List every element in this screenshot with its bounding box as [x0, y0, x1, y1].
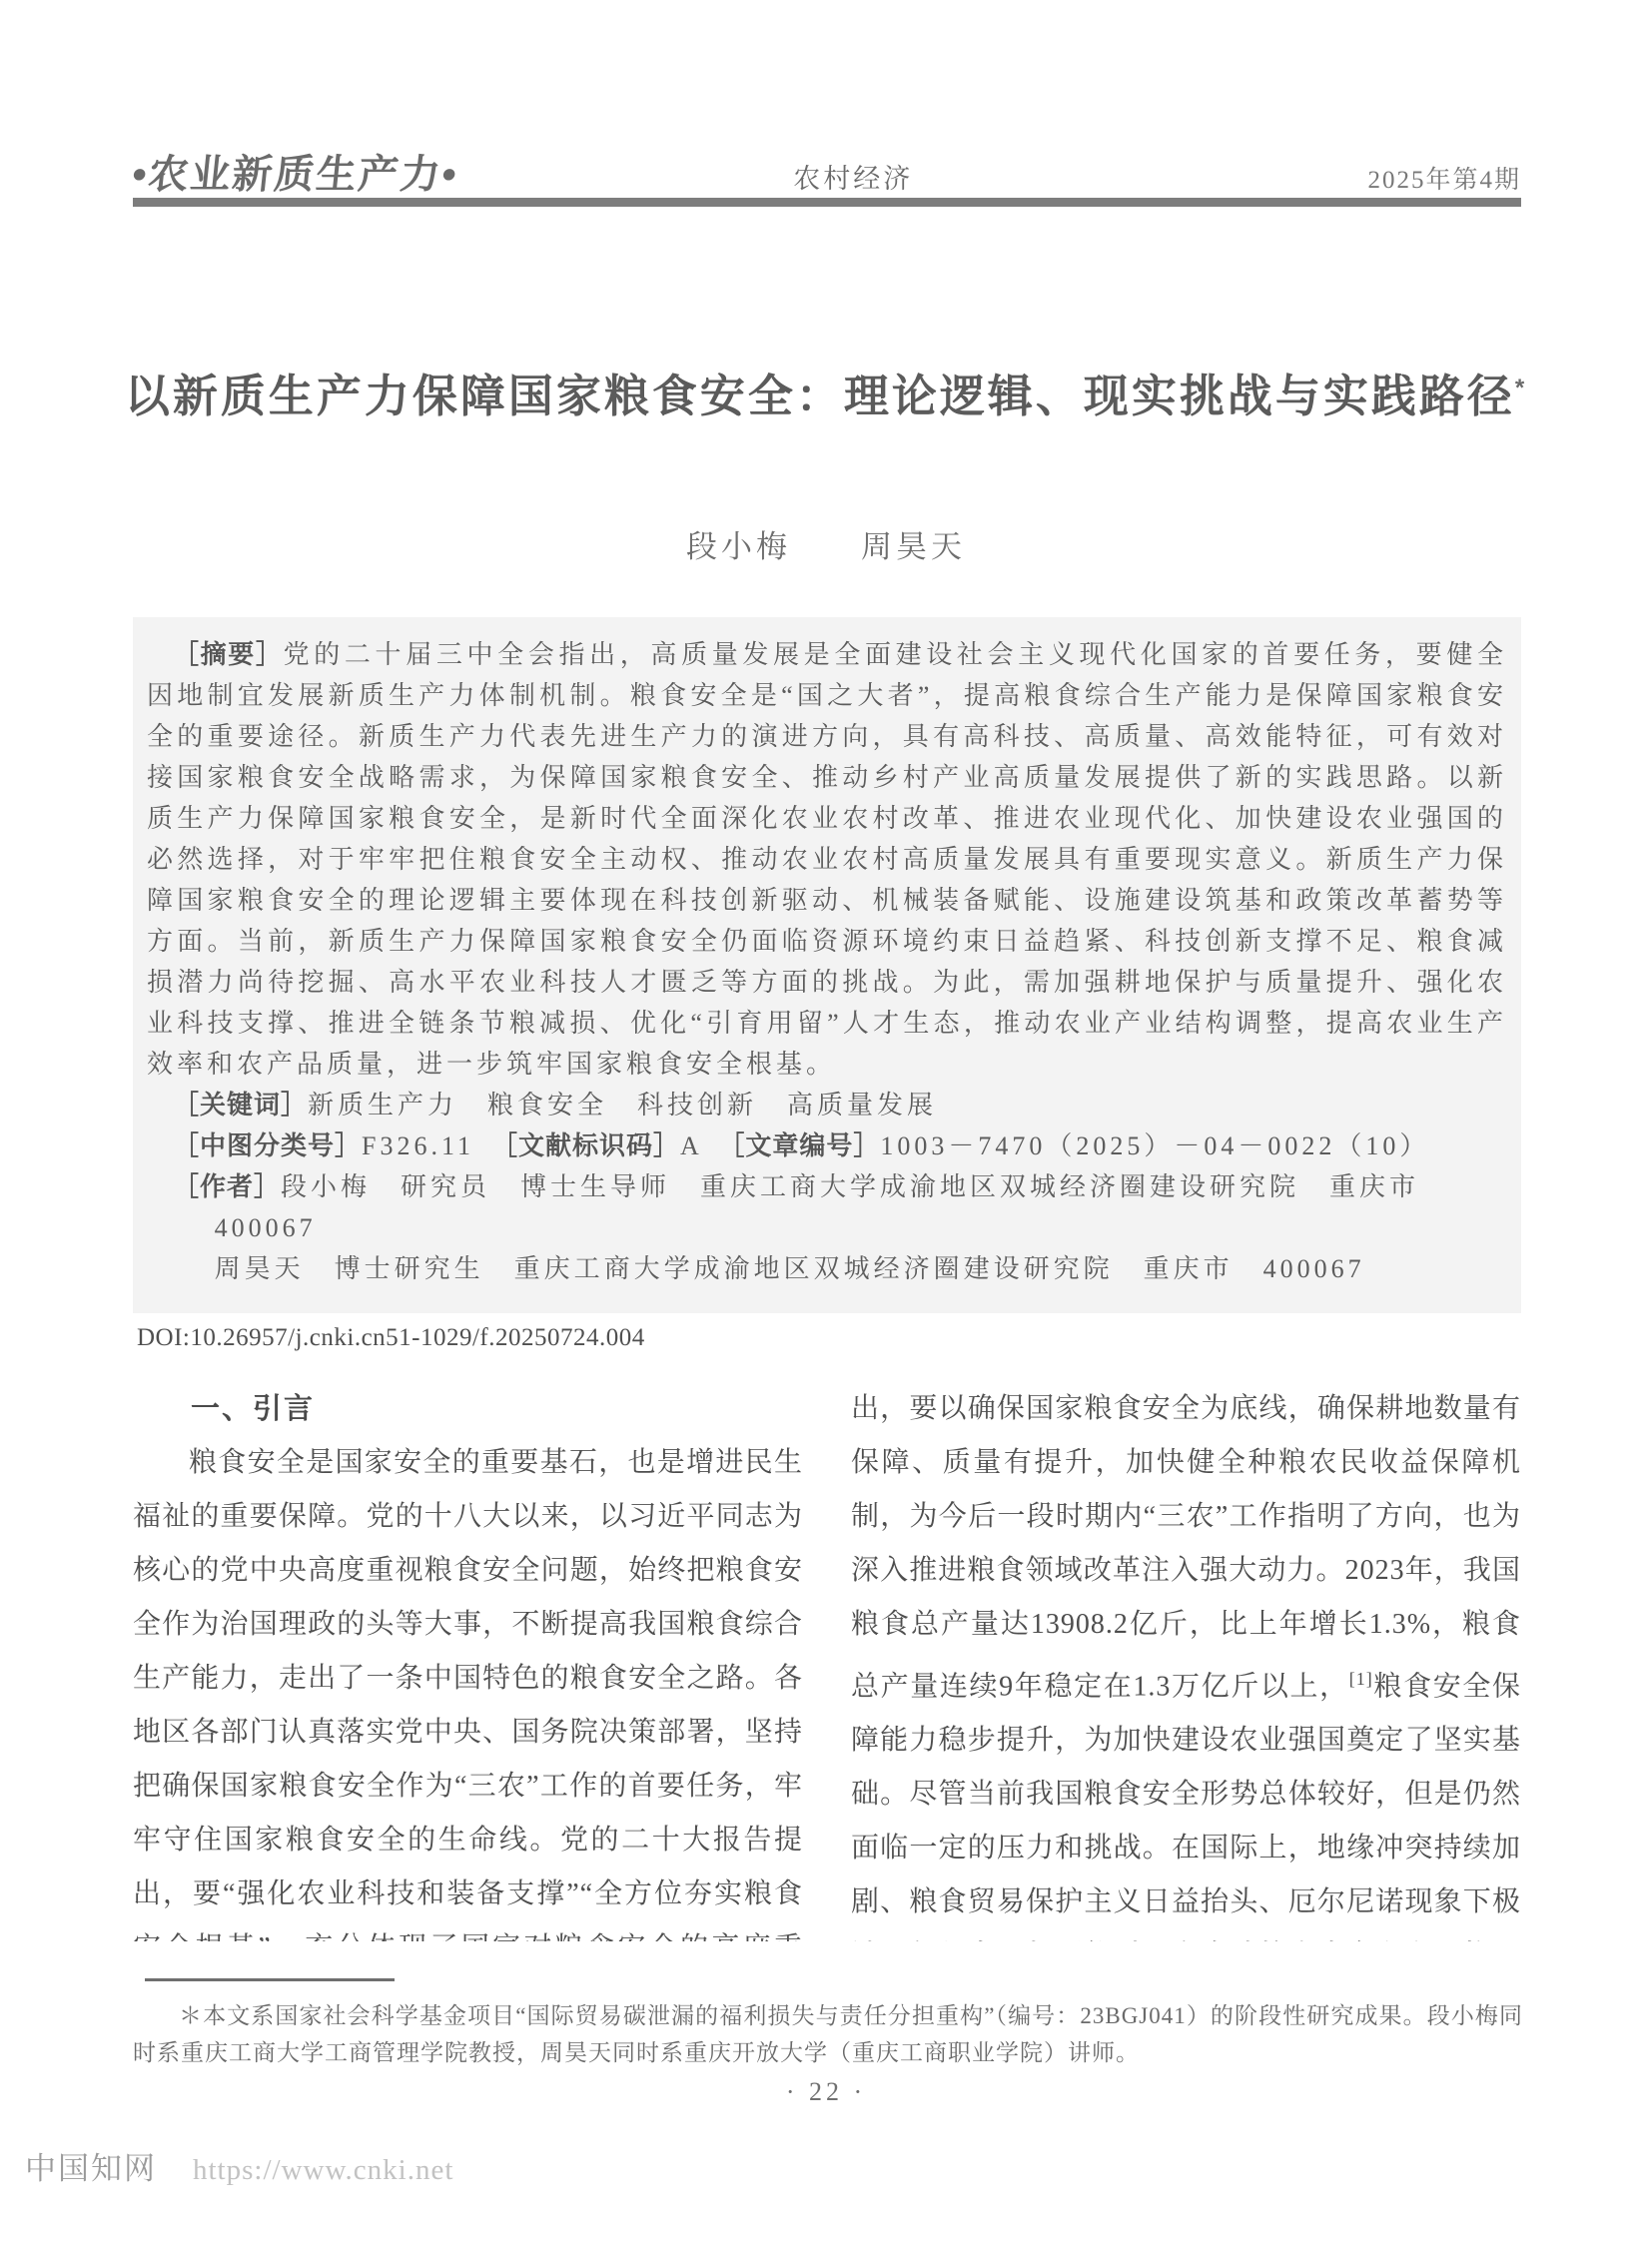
- abstract-text: 党的二十届三中全会指出，高质量发展是全面建设社会主义现代化国家的首要任务，要健全…: [147, 640, 1507, 1079]
- left-column-paragraph: 粮食安全是国家安全的重要基石，也是增进民生福祉的重要保障。党的十八大以来，以习近…: [133, 1436, 803, 1941]
- keywords-text: 新质生产力 粮食安全 科技创新 高质量发展: [308, 1091, 937, 1120]
- abstract-box: ［摘要］党的二十届三中全会指出，高质量发展是全面建设社会主义现代化国家的首要任务…: [133, 617, 1521, 1313]
- author-info-line-2: 周昊天 博士研究生 重庆工商大学成渝地区双城经济圈建设研究院 重庆市 40006…: [147, 1248, 1507, 1289]
- article-no-label: ［文章编号］: [731, 1130, 880, 1160]
- classification-line: ［中图分类号］F326.11 ［文献标识码］A ［文章编号］1003－7470（…: [147, 1125, 1507, 1166]
- right-text-after-ref: 粮食安全保障能力稳步提升，为加快建设农业强国奠定了坚实基础。尽管当前我国粮食安全…: [851, 1671, 1521, 1941]
- authors-line: 段小梅 周昊天: [0, 521, 1652, 566]
- article-title-text: 以新质生产力保障国家粮食安全：理论逻辑、现实挑战与实践路径: [125, 371, 1515, 421]
- right-column: 出，要以确保国家粮食安全为底线，确保耕地数量有保障、质量有提升，加快健全种粮农民…: [851, 1382, 1521, 1941]
- header-rule: [133, 198, 1521, 207]
- journal-page: •农业新质生产力• 农村经济 2025年第4期 以新质生产力保障国家粮食安全：理…: [0, 0, 1652, 2242]
- section-heading-introduction: 一、引言: [133, 1382, 803, 1436]
- author-label: ［作者］: [173, 1171, 281, 1201]
- footnote-rule: [145, 1978, 395, 1981]
- author1-info: 段小梅 研究员 博士生导师 重庆工商大学成渝地区双城经济圈建设研究院 重庆市: [281, 1172, 1419, 1201]
- cnki-watermark: 中国知网 https://www.cnki.net: [25, 2143, 453, 2188]
- article-no-value: 1003－7470（2025）－04－0022（10）: [880, 1131, 1429, 1160]
- right-column-paragraph: 出，要以确保国家粮食安全为底线，确保耕地数量有保障、质量有提升，加快健全种粮农民…: [851, 1382, 1521, 1941]
- title-footnote-mark: *: [1515, 374, 1527, 401]
- footnote-text: ＊本文系国家社会科学基金项目“国际贸易碳泄漏的福利损失与责任分担重构”（编号：2…: [133, 1997, 1523, 2071]
- body-columns: 一、引言 粮食安全是国家安全的重要基石，也是增进民生福祉的重要保障。党的十八大以…: [133, 1382, 1521, 1941]
- cnki-url: https://www.cnki.net: [193, 2154, 453, 2187]
- doc-code-label: ［文献标识码］: [504, 1130, 680, 1160]
- right-text-before-ref: 出，要以确保国家粮食安全为底线，确保耕地数量有保障、质量有提升，加快健全种粮农民…: [851, 1393, 1521, 1702]
- abstract-paragraph: ［摘要］党的二十届三中全会指出，高质量发展是全面建设社会主义现代化国家的首要任务…: [147, 634, 1507, 1085]
- article-title: 以新质生产力保障国家粮食安全：理论逻辑、现实挑战与实践路径*: [80, 360, 1572, 424]
- author-info-line-1: ［作者］段小梅 研究员 博士生导师 重庆工商大学成渝地区双城经济圈建设研究院 重…: [147, 1166, 1507, 1207]
- citation-ref-1: [1]: [1349, 1669, 1373, 1689]
- cnki-brand: 中国知网: [25, 2143, 157, 2188]
- page-header: •农业新质生产力• 农村经济 2025年第4期: [133, 148, 1521, 200]
- page-number: · 22 ·: [0, 2077, 1652, 2107]
- clc-label: ［中图分类号］: [173, 1130, 362, 1160]
- doi-line: DOI:10.26957/j.cnki.cn51-1029/f.20250724…: [137, 1324, 645, 1352]
- keywords-line: ［关键词］新质生产力 粮食安全 科技创新 高质量发展: [147, 1085, 1507, 1125]
- header-issue-label: 2025年第4期: [1367, 160, 1521, 200]
- header-section-title: 农村经济: [793, 157, 913, 200]
- author1-zip-line: 400067: [147, 1207, 1507, 1248]
- author1-zip: 400067: [215, 1213, 317, 1242]
- left-column: 一、引言 粮食安全是国家安全的重要基石，也是增进民生福祉的重要保障。党的十八大以…: [133, 1382, 803, 1941]
- abstract-label: ［摘要］: [173, 639, 284, 669]
- clc-value: F326.11: [362, 1131, 504, 1160]
- doc-code-value: A: [680, 1131, 731, 1160]
- keywords-label: ［关键词］: [173, 1090, 308, 1120]
- author2-info: 周昊天 博士研究生 重庆工商大学成渝地区双城经济圈建设研究院 重庆市 40006…: [215, 1254, 1365, 1283]
- journal-logo: •农业新质生产力•: [130, 143, 461, 200]
